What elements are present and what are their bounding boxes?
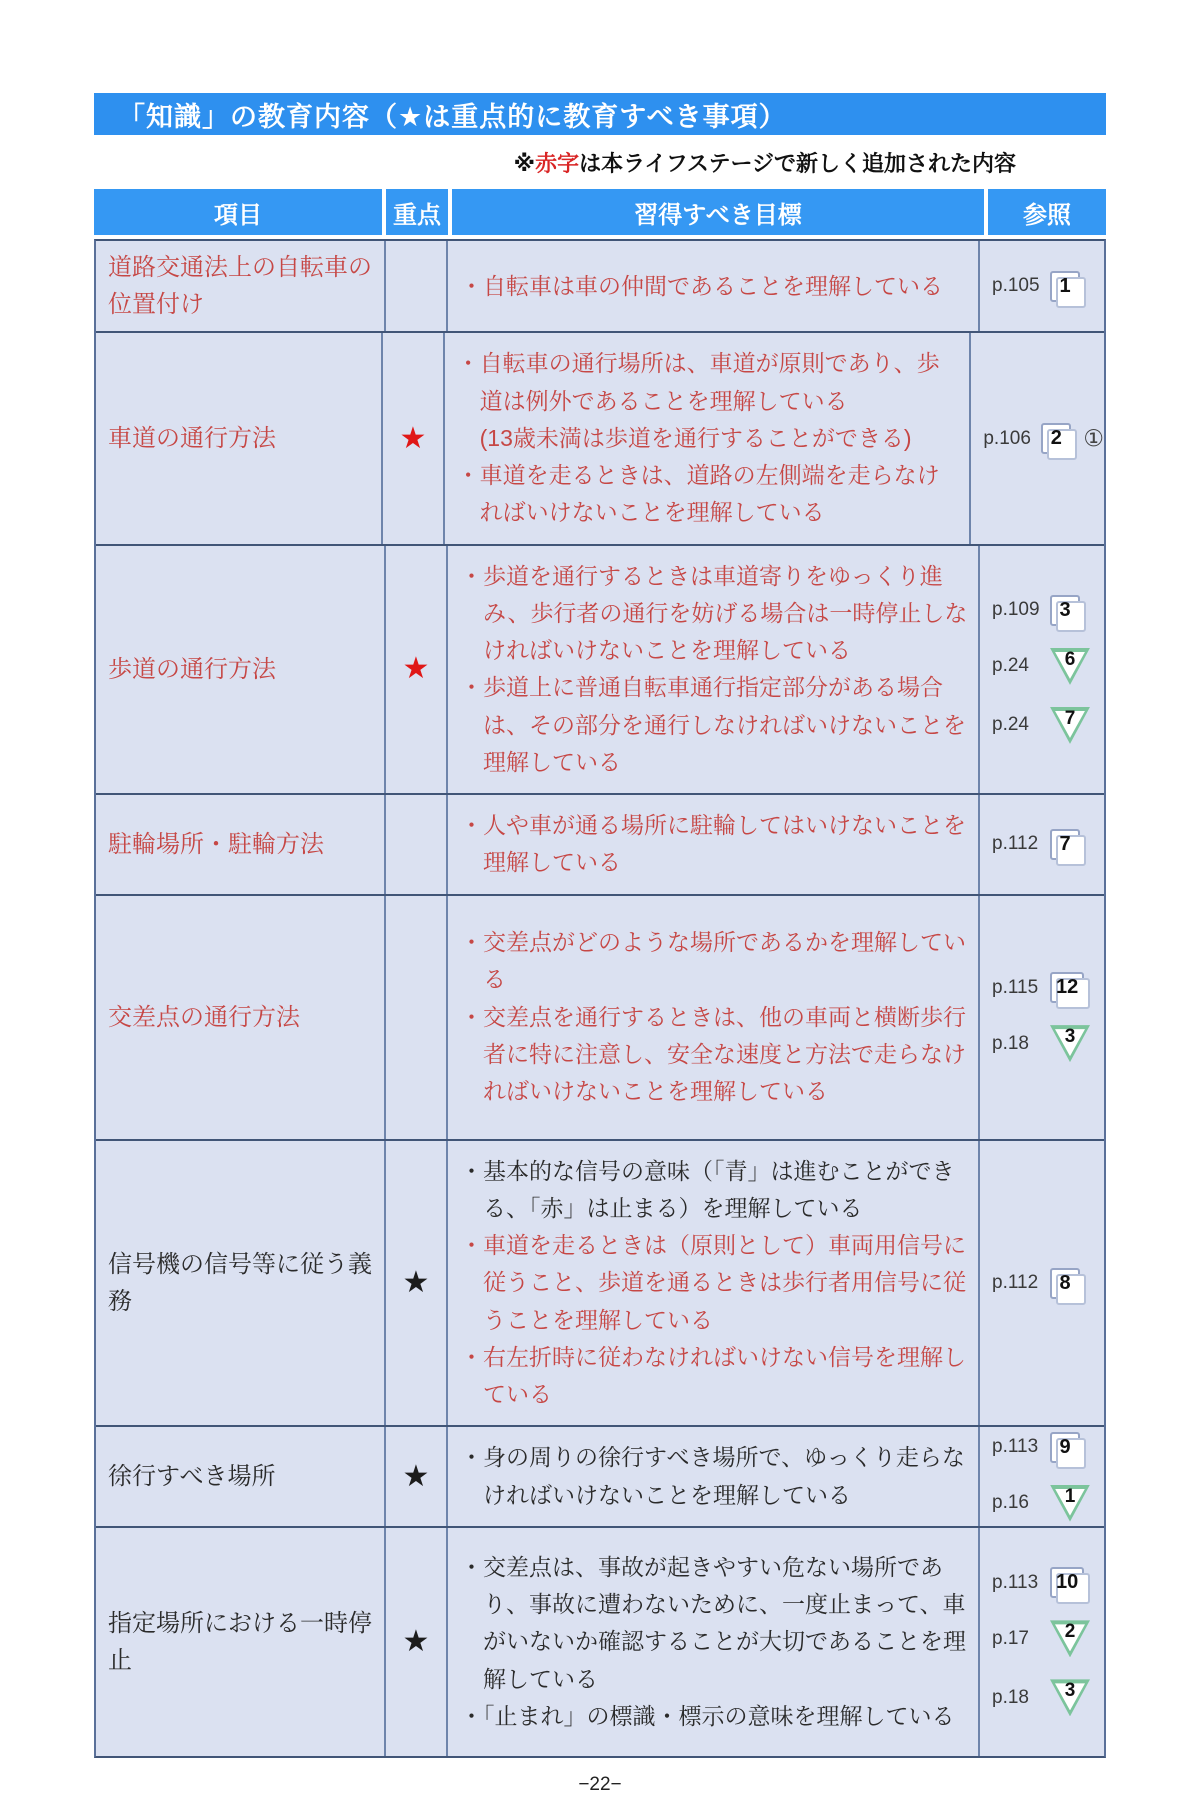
square-page-badge-icon: 10 (1050, 1567, 1084, 1598)
goals-cell: ・自転車は車の仲間であることを理解している (446, 241, 978, 331)
star-icon: ★ (403, 1462, 430, 1492)
ref-page-label: p.105 (992, 275, 1040, 297)
refs-cell: p.1093p.246p.247 (978, 546, 1104, 794)
table-header-row: 項目重点習得すべき目標参照 (94, 189, 1106, 235)
emphasis-cell: ★ (381, 333, 442, 543)
item-cell: 歩道の通行方法 (96, 546, 384, 794)
item-label: 徐行すべき場所 (108, 1458, 276, 1495)
goals-cell: ・身の周りの徐行すべき場所で、ゆっくり走らなければいけないことを理解している (446, 1427, 978, 1526)
page-reference: p.1128 (992, 1268, 1104, 1299)
note-rest: は本ライフステージで新しく追加された内容 (579, 151, 1016, 176)
item-label: 駐輪場所・駐輪方法 (108, 826, 324, 863)
triangle-badge-icon: 6 (1050, 648, 1090, 685)
triangle-badge-icon: 2 (1050, 1620, 1090, 1657)
square-page-badge-icon: 9 (1050, 1432, 1080, 1463)
table-row: 車道の通行方法 ★ ・自転車の通行場所は、車道が原則であり、歩道は例外であること… (96, 331, 1104, 543)
emphasis-cell (384, 896, 446, 1139)
table-row: 徐行すべき場所 ★ ・身の周りの徐行すべき場所で、ゆっくり走らなければいけないこ… (96, 1425, 1104, 1526)
star-icon: ★ (403, 1627, 430, 1657)
goal-text: ・交差点を通行するときは、他の車両と横断歩行者に特に注意し、安全な速度と方法で走… (460, 999, 970, 1111)
goals-cell: ・交差点がどのような場所であるかを理解している・交差点を通行するときは、他の車両… (446, 896, 978, 1139)
square-page-badge-icon: 3 (1050, 595, 1080, 626)
triangle-badge-icon: 3 (1050, 1025, 1090, 1062)
item-label: 道路交通法上の自転車の位置付け (108, 249, 374, 323)
column-header: 重点 (386, 189, 448, 235)
page-reference: p.172 (992, 1620, 1104, 1657)
page-number: −22− (94, 1774, 1106, 1796)
goals-cell: ・交差点は、事故が起きやすい危ない場所であり、事故に遭わないために、一度止まって… (446, 1528, 978, 1756)
goal-text: ・車道を走るときは（原則として）車両用信号に従うこと、歩道を通るときは歩行者用信… (460, 1227, 970, 1339)
goal-text: ・自転車の通行場所は、車道が原則であり、歩道は例外であることを理解している (1… (457, 345, 962, 457)
emphasis-cell (384, 241, 446, 331)
triangle-badge-number: 1 (1050, 1486, 1090, 1508)
triangle-badge-number: 3 (1050, 1026, 1090, 1048)
item-cell: 駐輪場所・駐輪方法 (96, 795, 384, 894)
page-title: 「知識」の教育内容（★は重点的に教育すべき事項） (118, 95, 787, 134)
triangle-badge-icon: 3 (1050, 1679, 1090, 1716)
goal-text: ・「止まれ」の標識・標示の意味を理解している (460, 1698, 970, 1735)
item-cell: 車道の通行方法 (96, 333, 381, 543)
page-reference: p.1093 (992, 595, 1104, 626)
ref-page-label: p.18 (992, 1033, 1040, 1055)
note-highlight: 赤字 (535, 151, 579, 176)
goal-text: ・自転車は車の仲間であることを理解している (460, 268, 970, 305)
ref-page-label: p.113 (992, 1572, 1040, 1594)
page-reference: p.183 (992, 1679, 1104, 1716)
emphasis-cell (384, 795, 446, 894)
item-label: 指定場所における一時停止 (108, 1605, 374, 1679)
table-row: 駐輪場所・駐輪方法 ・人や車が通る場所に駐輪してはいけないことを理解している p… (96, 793, 1104, 894)
table-row: 交差点の通行方法 ・交差点がどのような場所であるかを理解している・交差点を通行す… (96, 894, 1104, 1139)
refs-cell: p.11512p.183 (978, 896, 1104, 1139)
page-reference: p.1139 (992, 1432, 1104, 1463)
goal-text: ・歩道を通行するときは車道寄りをゆっくり進み、歩行者の通行を妨げる場合は一時停止… (460, 558, 970, 670)
emphasis-cell: ★ (384, 546, 446, 794)
goal-text: ・基本的な信号の意味（「青」は進むことができる、「赤」は止まる）を理解している (460, 1153, 970, 1228)
ref-page-label: p.18 (992, 1687, 1040, 1709)
page-reference: p.11310 (992, 1567, 1104, 1598)
circled-number-suffix: ① (1083, 425, 1104, 452)
table-row: 指定場所における一時停止 ★ ・交差点は、事故が起きやすい危ない場所であり、事故… (96, 1526, 1104, 1756)
goals-cell: ・基本的な信号の意味（「青」は進むことができる、「赤」は止まる）を理解している・… (446, 1141, 978, 1426)
emphasis-cell: ★ (384, 1141, 446, 1426)
item-cell: 信号機の信号等に従う義務 (96, 1141, 384, 1426)
item-label: 歩道の通行方法 (108, 651, 276, 688)
star-icon: ★ (403, 1268, 430, 1298)
triangle-badge-number: 6 (1050, 649, 1090, 671)
star-icon: ★ (399, 424, 426, 454)
goals-cell: ・自転車の通行場所は、車道が原則であり、歩道は例外であることを理解している (1… (443, 333, 970, 543)
ref-page-label: p.112 (992, 833, 1040, 855)
ref-page-label: p.112 (992, 1272, 1040, 1294)
ref-page-label: p.109 (992, 599, 1040, 621)
goal-text: ・車道を走るときは、道路の左側端を走らなければいけないことを理解している (457, 457, 962, 532)
item-cell: 道路交通法上の自転車の位置付け (96, 241, 384, 331)
goal-text: ・身の周りの徐行すべき場所で、ゆっくり走らなければいけないことを理解している (460, 1439, 970, 1514)
legend-note: ※赤字は本ライフステージで新しく追加された内容 (94, 147, 1106, 178)
item-cell: 指定場所における一時停止 (96, 1528, 384, 1756)
page-reference: p.183 (992, 1025, 1104, 1062)
star-icon: ★ (403, 654, 430, 684)
ref-page-label: p.16 (992, 1492, 1040, 1514)
item-label: 信号機の信号等に従う義務 (108, 1246, 374, 1320)
note-prefix: ※ (514, 151, 535, 176)
triangle-badge-number: 3 (1050, 1680, 1090, 1702)
document-page: 「知識」の教育内容（★は重点的に教育すべき事項） ※赤字は本ライフステージで新し… (94, 0, 1106, 1796)
column-header: 習得すべき目標 (452, 189, 984, 235)
square-page-badge-icon: 12 (1050, 972, 1084, 1003)
emphasis-cell: ★ (384, 1528, 446, 1756)
column-header: 参照 (988, 189, 1106, 235)
ref-page-label: p.24 (992, 655, 1040, 677)
table-row: 信号機の信号等に従う義務 ★ ・基本的な信号の意味（「青」は進むことができる、「… (96, 1139, 1104, 1426)
refs-cell: p.1062① (969, 333, 1104, 543)
square-page-badge-icon: 8 (1050, 1268, 1080, 1299)
item-label: 交差点の通行方法 (108, 999, 300, 1036)
item-cell: 徐行すべき場所 (96, 1427, 384, 1526)
page-reference: p.161 (992, 1485, 1104, 1522)
page-reference: p.11512 (992, 972, 1104, 1003)
page-reference: p.1127 (992, 829, 1104, 860)
refs-cell: p.1127 (978, 795, 1104, 894)
emphasis-cell: ★ (384, 1427, 446, 1526)
ref-page-label: p.24 (992, 714, 1040, 736)
item-cell: 交差点の通行方法 (96, 896, 384, 1139)
table-row: 歩道の通行方法 ★ ・歩道を通行するときは車道寄りをゆっくり進み、歩行者の通行を… (96, 544, 1104, 794)
square-page-badge-icon: 7 (1050, 829, 1080, 860)
triangle-badge-icon: 7 (1050, 707, 1090, 744)
goals-cell: ・歩道を通行するときは車道寄りをゆっくり進み、歩行者の通行を妨げる場合は一時停止… (446, 546, 978, 794)
page-reference: p.246 (992, 648, 1104, 685)
square-page-badge-icon: 1 (1050, 271, 1080, 302)
page-reference: p.1051 (992, 271, 1104, 302)
refs-cell: p.1139p.161 (978, 1427, 1104, 1526)
ref-page-label: p.115 (992, 977, 1040, 999)
ref-page-label: p.106 (983, 428, 1031, 450)
triangle-badge-number: 2 (1050, 1621, 1090, 1643)
refs-cell: p.1051 (978, 241, 1104, 331)
ref-page-label: p.113 (992, 1436, 1040, 1458)
page-reference: p.1062① (983, 423, 1104, 454)
goal-text: ・歩道上に普通自転車通行指定部分がある場合は、その部分を通行しなければいけないこ… (460, 669, 970, 781)
square-page-badge-icon: 2 (1041, 423, 1071, 454)
triangle-badge-icon: 1 (1050, 1485, 1090, 1522)
refs-cell: p.11310p.172p.183 (978, 1528, 1104, 1756)
goals-cell: ・人や車が通る場所に駐輪してはいけないことを理解している (446, 795, 978, 894)
triangle-badge-number: 7 (1050, 708, 1090, 730)
ref-page-label: p.17 (992, 1628, 1040, 1650)
goal-text: ・人や車が通る場所に駐輪してはいけないことを理解している (460, 807, 970, 882)
item-label: 車道の通行方法 (108, 420, 276, 457)
table-body: 道路交通法上の自転車の位置付け ・自転車は車の仲間であることを理解している p.… (94, 239, 1106, 1758)
goal-text: ・交差点は、事故が起きやすい危ない場所であり、事故に遭わないために、一度止まって… (460, 1549, 970, 1698)
table-row: 道路交通法上の自転車の位置付け ・自転車は車の仲間であることを理解している p.… (96, 241, 1104, 331)
column-header: 項目 (94, 189, 382, 235)
section-title-bar: 「知識」の教育内容（★は重点的に教育すべき事項） (94, 93, 1106, 135)
goal-text: ・右左折時に従わなければいけない信号を理解している (460, 1339, 970, 1414)
page-reference: p.247 (992, 707, 1104, 744)
refs-cell: p.1128 (978, 1141, 1104, 1426)
goal-text: ・交差点がどのような場所であるかを理解している (460, 924, 970, 999)
